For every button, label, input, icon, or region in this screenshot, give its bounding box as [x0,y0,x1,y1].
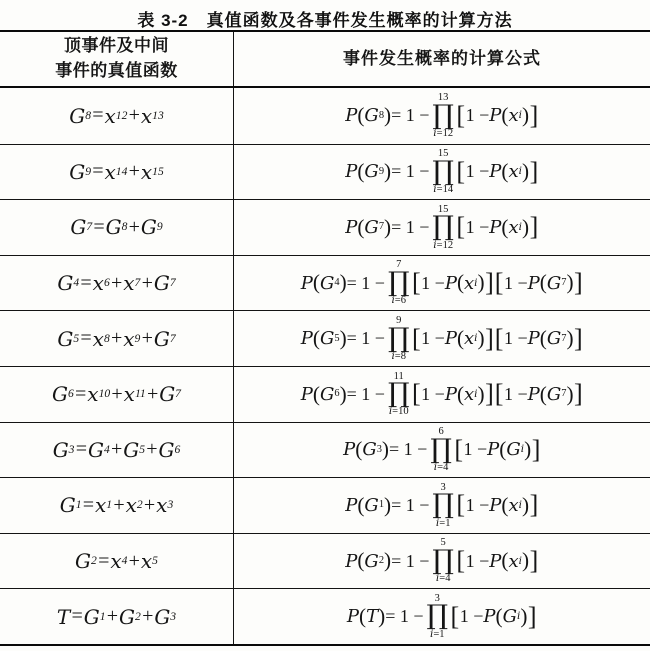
probability-formula-cell: P(T) = 1 − 3∏i=1[1 − P(Gi)] [234,589,650,644]
probability-formula-cell: P(G5) = 1 − 9∏i=8[1 − P(xi)][1 − P(G7)] [234,311,650,366]
probability-formula-cell: P(G6) = 1 − 11∏i=10[1 − P(xi)][1 − P(G7)… [234,367,650,422]
table-row: G4 = x6 + x7 + G7P(G4) = 1 − 7∏i=6[1 − P… [0,255,650,311]
table-row: G8 = x12 + x13P(G8) = 1 − 13∏i=12[1 − P(… [0,88,650,144]
header-truth-function: 顶事件及中间 事件的真值函数 [0,32,234,86]
truth-function-cell: G9 = x14 + x15 [0,145,234,200]
truth-function-cell: G6 = x10 + x11 + G7 [0,367,234,422]
probability-formula-cell: P(G8) = 1 − 13∏i=12[1 − P(xi)] [234,88,650,144]
table-row: G3 = G4 + G5 + G6P(G3) = 1 − 6∏i=4[1 − P… [0,422,650,478]
product-operator: 15∏i=12 [432,204,454,251]
product-operator: 3∏i=1 [427,593,449,640]
probability-formula-cell: P(G2) = 1 − 5∏i=4[1 − P(xi)] [234,534,650,589]
truth-function-cell: G1 = x1 + x2 + x3 [0,478,234,533]
table-row: G5 = x8 + x9 + G7P(G5) = 1 − 9∏i=8[1 − P… [0,310,650,366]
truth-function-cell: G4 = x6 + x7 + G7 [0,256,234,311]
header-probability-label: 事件发生概率的计算公式 [343,47,541,72]
product-operator: 7∏i=6 [388,259,410,306]
product-operator: 11∏i=10 [388,371,410,418]
probability-formula-cell: P(G9) = 1 − 15∏i=14[1 − P(xi)] [234,145,650,200]
truth-function-cell: G8 = x12 + x13 [0,88,234,144]
product-operator: 9∏i=8 [388,315,410,362]
product-operator: 6∏i=4 [430,426,452,473]
header-truth-line-2: 事件的真值函数 [55,59,178,84]
truth-function-cell: G5 = x8 + x9 + G7 [0,311,234,366]
header-probability-formula: 事件发生概率的计算公式 [234,32,650,86]
header-truth-line-1: 顶事件及中间 [64,34,169,59]
product-operator: 13∏i=12 [432,92,454,139]
table-body: G8 = x12 + x13P(G8) = 1 − 13∏i=12[1 − P(… [0,88,650,644]
probability-formula-cell: P(G7) = 1 − 15∏i=12[1 − P(xi)] [234,200,650,255]
truth-function-cell: G3 = G4 + G5 + G6 [0,423,234,478]
truth-function-cell: T = G1 + G2 + G3 [0,589,234,644]
truth-function-cell: G7 = G8 + G9 [0,200,234,255]
table-caption: 表 3-2 真值函数及各事件发生概率的计算方法 [0,0,650,30]
truth-function-cell: G2 = x4 + x5 [0,534,234,589]
probability-formula-cell: P(G3) = 1 − 6∏i=4[1 − P(Gi)] [234,423,650,478]
probability-formula-cell: P(G1) = 1 − 3∏i=1[1 − P(xi)] [234,478,650,533]
table: 顶事件及中间 事件的真值函数 事件发生概率的计算公式 G8 = x12 + x1… [0,30,650,646]
table-row: G9 = x14 + x15P(G9) = 1 − 15∏i=14[1 − P(… [0,144,650,200]
product-operator: 5∏i=4 [432,537,454,584]
document-page: 表 3-2 真值函数及各事件发生概率的计算方法 顶事件及中间 事件的真值函数 事… [0,0,650,651]
product-operator: 15∏i=14 [432,148,454,195]
table-row: G6 = x10 + x11 + G7P(G6) = 1 − 11∏i=10[1… [0,366,650,422]
table-header-row: 顶事件及中间 事件的真值函数 事件发生概率的计算公式 [0,32,650,88]
table-row: G1 = x1 + x2 + x3P(G1) = 1 − 3∏i=1[1 − P… [0,477,650,533]
table-row: G7 = G8 + G9P(G7) = 1 − 15∏i=12[1 − P(xi… [0,199,650,255]
product-operator: 3∏i=1 [432,482,454,529]
probability-formula-cell: P(G4) = 1 − 7∏i=6[1 − P(xi)][1 − P(G7)] [234,256,650,311]
table-row: T = G1 + G2 + G3P(T) = 1 − 3∏i=1[1 − P(G… [0,588,650,644]
table-row: G2 = x4 + x5P(G2) = 1 − 5∏i=4[1 − P(xi)] [0,533,650,589]
